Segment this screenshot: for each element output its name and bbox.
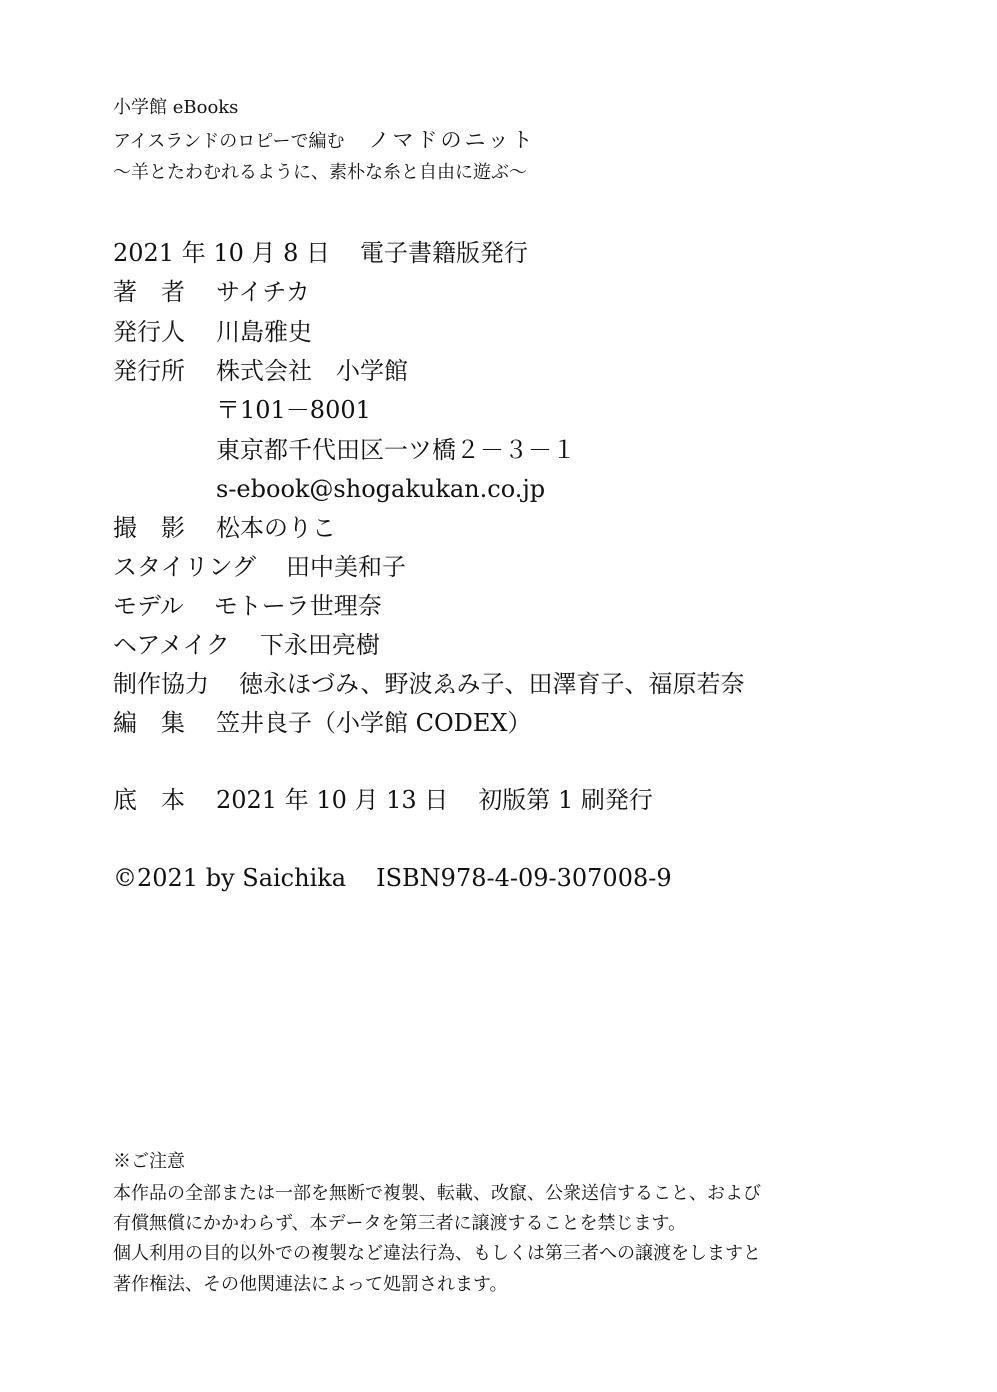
- book-title-prefix: アイスランドのロピーで編む: [113, 131, 344, 152]
- author-name: サイチカ: [216, 278, 310, 306]
- book-title-main: ノマドのニット: [368, 128, 535, 152]
- publisher-series: 小学館 eBooks: [113, 99, 238, 117]
- model-label: モデル: [113, 592, 184, 620]
- source-label: 底 本: [113, 788, 216, 812]
- ebook-release-line: 2021 年 10 月 8 日電子書籍版発行: [113, 241, 528, 265]
- issuer-name: 川島雅史: [216, 318, 312, 346]
- source-edition: 初版第 1 刷発行: [478, 786, 653, 814]
- styling-label: スタイリング: [113, 553, 256, 581]
- notice-heading: ※ご注意: [113, 1153, 185, 1171]
- cooperation-line: 制作協力徳永ほづみ、野波ゑみ子、田澤育子、福原若奈: [113, 672, 744, 696]
- publisher-label: 発行所: [113, 359, 216, 383]
- ebook-edition: 電子書籍版発行: [360, 239, 528, 267]
- issuer-line: 発行人川島雅史: [113, 320, 312, 344]
- editor-name: 笠井良子（小学館 CODEX）: [216, 709, 532, 737]
- notice-line: 著作権法、その他関連法によって処罰されます。: [113, 1276, 508, 1294]
- photo-label: 撮 影: [113, 516, 216, 540]
- publisher-line: 発行所株式会社 小学館: [113, 359, 408, 383]
- cooperation-names: 徳永ほづみ、野波ゑみ子、田澤育子、福原若奈: [239, 670, 744, 698]
- notice-line: 個人利用の目的以外での複製など違法行為、もしくは第三者への譲渡をしますと: [113, 1245, 761, 1263]
- photo-line: 撮 影松本のりこ: [113, 516, 336, 540]
- model-name: モトーラ世理奈: [214, 592, 382, 620]
- copyright-line: ©2021 by SaichikaISBN978-4-09-307008-9: [113, 866, 672, 890]
- address: 東京都千代田区一ツ橋２－３－１: [216, 438, 576, 462]
- hairmake-name: 下永田亮樹: [260, 631, 380, 659]
- author-label: 著 者: [113, 280, 216, 304]
- notice-line: 有償無償にかかわらず、本データを第三者に譲渡することを禁じます。: [113, 1215, 686, 1233]
- publisher-company: 株式会社 小学館: [216, 357, 408, 385]
- email: s-ebook@shogakukan.co.jp: [216, 477, 545, 501]
- source-edition-line: 底 本2021 年 10 月 13 日初版第 1 刷発行: [113, 788, 653, 812]
- copyright-text: ©2021 by Saichika: [113, 864, 346, 892]
- hairmake-label: ヘアメイク: [113, 631, 230, 659]
- model-line: モデルモトーラ世理奈: [113, 594, 382, 618]
- editor-label: 編 集: [113, 711, 216, 735]
- author-line: 著 者サイチカ: [113, 280, 310, 304]
- ebook-date: 2021 年 10 月 8 日: [113, 239, 330, 267]
- notice-line: 本作品の全部または一部を無断で複製、転載、改竄、公衆送信すること、および: [113, 1185, 761, 1203]
- cooperation-label: 制作協力: [113, 670, 209, 698]
- hairmake-line: ヘアメイク下永田亮樹: [113, 633, 380, 657]
- book-subtitle: 〜羊とたわむれるように、素朴な糸と自由に遊ぶ〜: [113, 164, 527, 182]
- styling-line: スタイリング田中美和子: [113, 555, 406, 579]
- editor-line: 編 集笠井良子（小学館 CODEX）: [113, 711, 532, 735]
- source-date: 2021 年 10 月 13 日: [216, 786, 448, 814]
- issuer-label: 発行人: [113, 320, 216, 344]
- isbn: ISBN978-4-09-307008-9: [376, 864, 672, 892]
- colophon-page: 小学館 eBooks アイスランドのロピーで編むノマドのニット 〜羊とたわむれる…: [0, 0, 997, 1392]
- stylist-name: 田中美和子: [286, 553, 406, 581]
- postal-code: 〒101－8001: [216, 398, 371, 422]
- photographer-name: 松本のりこ: [216, 514, 336, 542]
- book-title: アイスランドのロピーで編むノマドのニット: [113, 130, 536, 151]
